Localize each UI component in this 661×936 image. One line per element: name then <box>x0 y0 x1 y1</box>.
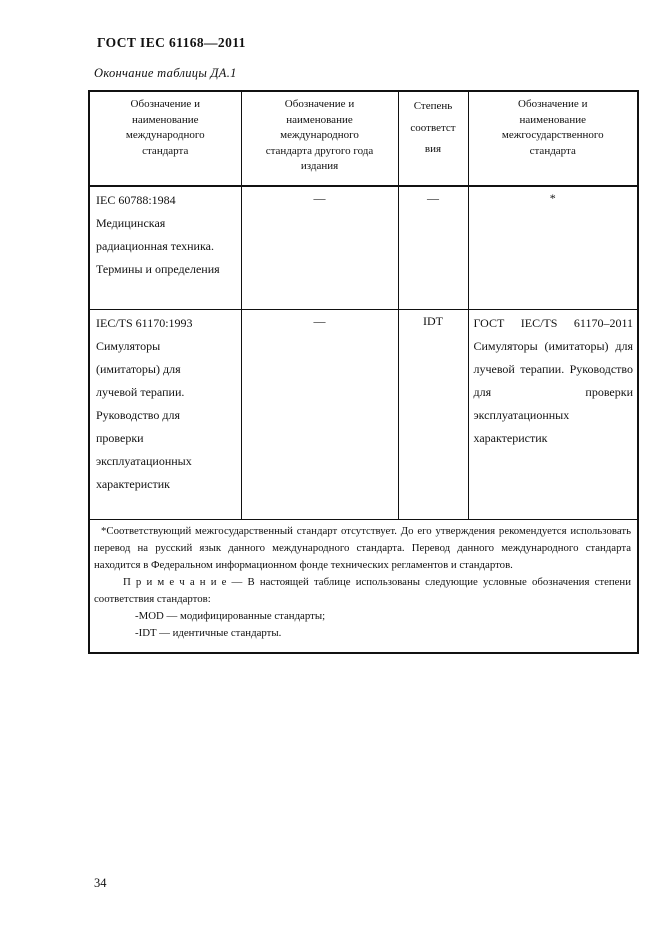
cell-conformity-degree: — <box>398 186 468 309</box>
col-header-conformity-degree: Степень соответст вия <box>398 91 468 186</box>
footnote-note-text: П р и м е ч а н и е — В настоящей таблиц… <box>94 574 631 608</box>
cell-interstate-standard: * <box>468 186 638 309</box>
standards-comparison-table: Обозначение и наименование международног… <box>88 90 639 654</box>
document-page: ГОСТ IEC 61168—2011 Окончание таблицы ДА… <box>0 0 661 936</box>
cell-international-standard: IEC 60788:1984 Медицинская радиационная … <box>89 186 241 309</box>
cell-other-year-standard: — <box>241 186 398 309</box>
footnote-cell: *Соответствующий межгосударственный стан… <box>89 519 638 653</box>
table-row: IEC 60788:1984 Медицинская радиационная … <box>89 186 638 309</box>
document-title: ГОСТ IEC 61168—2011 <box>97 35 246 51</box>
page-number: 34 <box>94 876 107 891</box>
col-header-international-standard: Обозначение и наименование международног… <box>89 91 241 186</box>
col-header-interstate-standard: Обозначение и наименование межгосударств… <box>468 91 638 186</box>
cell-international-standard: IEC/TS 61170:1993 Симуляторы (имитаторы)… <box>89 309 241 519</box>
footnote-note-item-idt: -IDT — идентичные стандарты. <box>135 625 631 642</box>
col-header-other-year-standard: Обозначение и наименование международног… <box>241 91 398 186</box>
table-caption: Окончание таблицы ДА.1 <box>94 66 237 81</box>
table-footnote-row: *Соответствующий межгосударственный стан… <box>89 519 638 653</box>
table-header-row: Обозначение и наименование международног… <box>89 91 638 186</box>
table-row: IEC/TS 61170:1993 Симуляторы (имитаторы)… <box>89 309 638 519</box>
cell-interstate-standard: ГОСТ IEC/TS 61170–2011 Симуляторы (имита… <box>468 309 638 519</box>
footnote-asterisk-text: *Соответствующий межгосударственный стан… <box>94 523 631 574</box>
cell-other-year-standard: — <box>241 309 398 519</box>
footnote-note-item-mod: -MOD — модифицированные стандарты; <box>135 608 631 625</box>
cell-conformity-degree: IDT <box>398 309 468 519</box>
